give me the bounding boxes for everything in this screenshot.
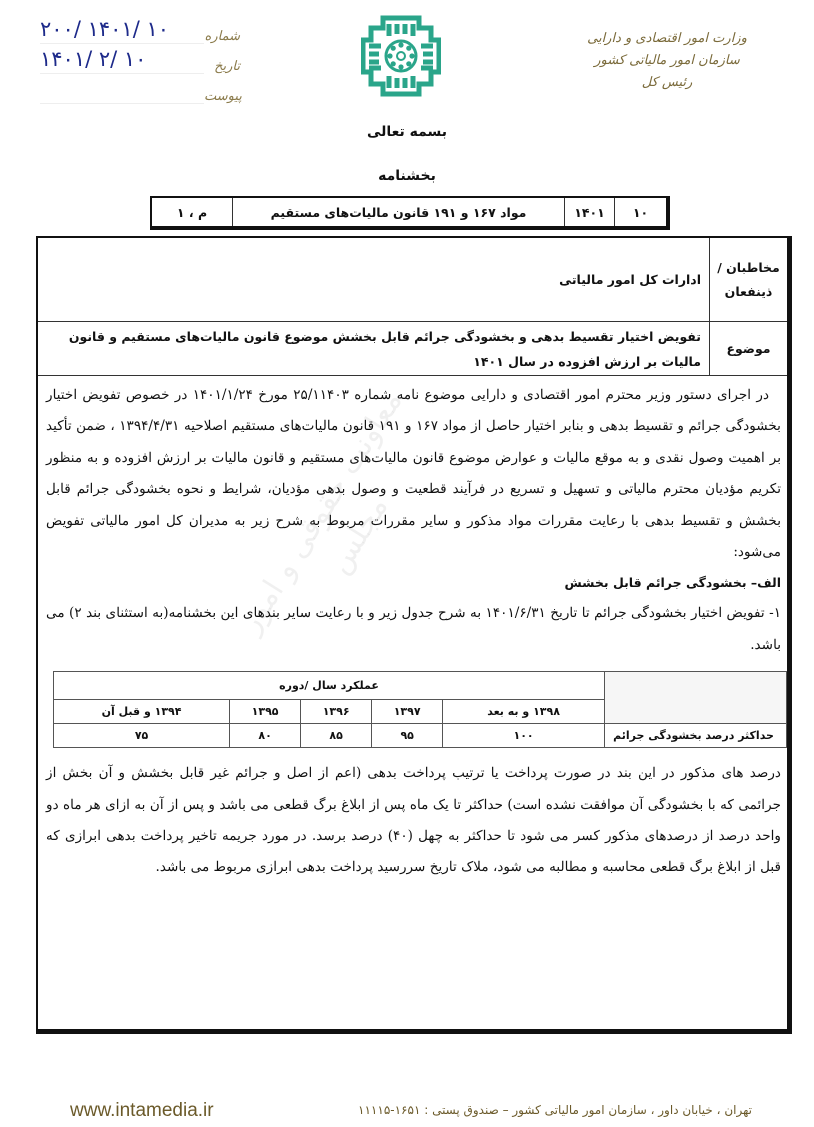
table-cell: ۹۵ — [372, 724, 443, 748]
reference-number-label: شماره — [204, 29, 240, 44]
column-header: ۱۳۹۴ و قبل آن — [54, 700, 230, 724]
attachment-row: پیوست — [40, 74, 240, 104]
section-a-heading: الف– بخشودگی جرائم قابل بخشش — [46, 568, 781, 598]
column-header: ۱۳۹۸ و به بعد — [443, 700, 605, 724]
circular-year: ۱۴۰۱ — [564, 198, 614, 226]
document-type: بخشنامه — [0, 168, 814, 184]
subject-label: موضوع — [709, 322, 787, 375]
column-header: ۱۳۹۶ — [301, 700, 372, 724]
tax-organization-emblem-icon — [361, 14, 441, 98]
penalty-waiver-table: عملکرد سال /دوره ۱۳۹۸ و به بعد ۱۳۹۷ ۱۳۹۶… — [53, 671, 787, 748]
column-header: ۱۳۹۵ — [230, 700, 301, 724]
invocation: بسمه تعالی — [0, 124, 814, 140]
organization-name: سازمان امور مالیاتی کشور — [582, 50, 752, 72]
audience-row: مخاطبان / ذینفعان ادارات کل امور مالیاتی — [38, 238, 787, 322]
post-table-paragraph: درصد های مذکور در این بند در صورت پرداخت… — [46, 758, 781, 884]
circular-body: در اجرای دستور وزیر محترم امور اقتصادی و… — [38, 376, 787, 661]
circular-subject: مواد ۱۶۷ و ۱۹۱ قانون مالیات‌های مستقیم — [232, 198, 564, 226]
circular-code: م ، ۱ — [152, 198, 232, 226]
attachment-value — [40, 101, 204, 104]
website-link[interactable]: www.intamedia.ir — [70, 1100, 214, 1122]
table-cell: ۱۰۰ — [443, 724, 605, 748]
table-row: حداکثر درصد بخشودگی جرائم ۱۰۰ ۹۵ ۸۵ ۸۰ ۷… — [54, 724, 787, 748]
audience-label: مخاطبان / ذینفعان — [709, 238, 787, 321]
column-header: ۱۳۹۷ — [372, 700, 443, 724]
date-row: تاریخ ۱۴۰۱/ ۲/ ۱۰ — [40, 44, 240, 74]
circular-body-frame: مخاطبان / ذینفعان ادارات کل امور مالیاتی… — [36, 236, 792, 1034]
date-label: تاریخ — [204, 59, 240, 74]
reference-number-value: ۲۰۰/ ۱۴۰۱/ ۱۰ — [40, 17, 204, 44]
table-corner-cell — [605, 672, 787, 724]
signatory-title: رئیس کل — [582, 72, 752, 94]
audience-value: ادارات کل امور مالیاتی — [38, 238, 709, 321]
postal-address: تهران ، خیابان داور ، سازمان امور مالیات… — [358, 1103, 752, 1117]
table-cell: ۸۰ — [230, 724, 301, 748]
subject-value: تفویض اختیار تقسیط بدهی و بخشودگی جرائم … — [38, 322, 709, 375]
circular-body-continued: درصد های مذکور در این بند در صورت پرداخت… — [38, 754, 787, 884]
clause-1-paragraph: ۱- تفویض اختیار بخشودگی جرائم تا تاریخ ۱… — [46, 598, 781, 661]
table-cell: ۷۵ — [54, 724, 230, 748]
circular-title-strip: ۱۰ ۱۴۰۱ مواد ۱۶۷ و ۱۹۱ قانون مالیات‌های … — [150, 196, 670, 230]
table-cell: ۸۵ — [301, 724, 372, 748]
footer: www.intamedia.ir تهران ، خیابان داور ، س… — [0, 1098, 814, 1122]
subject-row: موضوع تفویض اختیار تقسیط بدهی و بخشودگی … — [38, 322, 787, 376]
reference-number-row: شماره ۲۰۰/ ۱۴۰۱/ ۱۰ — [40, 14, 240, 44]
organization-block: وزارت امور اقتصادی و دارایی سازمان امور … — [582, 28, 752, 94]
reference-block: شماره ۲۰۰/ ۱۴۰۱/ ۱۰ تاریخ ۱۴۰۱/ ۲/ ۱۰ پی… — [40, 14, 240, 104]
ministry-name: وزارت امور اقتصادی و دارایی — [582, 28, 752, 50]
date-value: ۱۴۰۱/ ۲/ ۱۰ — [40, 47, 204, 74]
fiscal-year-group-header: عملکرد سال /دوره — [54, 672, 605, 700]
row-header: حداکثر درصد بخشودگی جرائم — [605, 724, 787, 748]
intro-paragraph: در اجرای دستور وزیر محترم امور اقتصادی و… — [46, 380, 781, 568]
circular-number: ۱۰ — [614, 198, 666, 226]
attachment-label: پیوست — [204, 89, 240, 104]
table-header-group-row: عملکرد سال /دوره — [54, 672, 787, 700]
